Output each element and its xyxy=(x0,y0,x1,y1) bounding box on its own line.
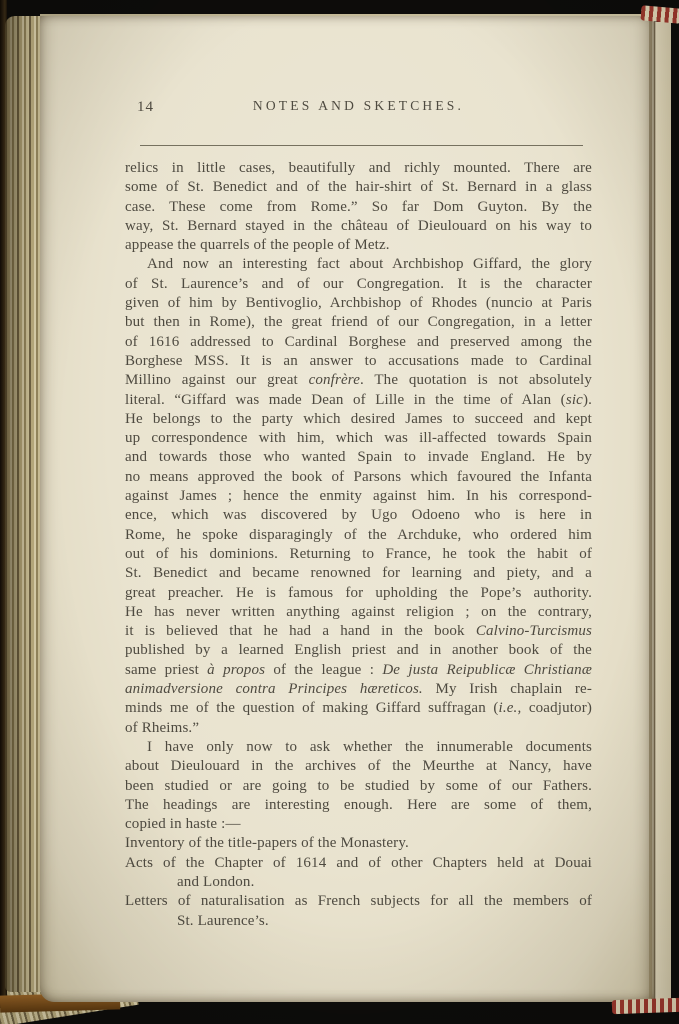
text-line: about Dieulouard in the archives of the … xyxy=(125,757,592,776)
text-line: it is believed that he had a hand in the… xyxy=(125,622,592,641)
page-number: 14 xyxy=(137,99,154,116)
text-line: Borghese MSS. It is an answer to accusat… xyxy=(125,352,592,371)
text-line: St. Benedict and became renowned for lea… xyxy=(125,564,592,583)
text-line: The headings are interesting enough. Her… xyxy=(125,796,592,815)
text-line: Inventory of the title-papers of the Mon… xyxy=(125,834,592,853)
text-line: He has never written anything against re… xyxy=(125,603,592,622)
text-line: Letters of naturalisation as French subj… xyxy=(125,892,592,911)
text-line: minds me of the question of making Giffa… xyxy=(125,699,592,718)
text-line: been studied or are going to be studied … xyxy=(125,777,592,796)
text-line: and towards those who wanted Spain to in… xyxy=(125,448,592,467)
text-line: great preacher. He is famous for upholdi… xyxy=(125,584,592,603)
text-line: way, St. Bernard stayed in the château o… xyxy=(125,217,592,236)
next-page-edge xyxy=(652,22,671,1002)
text-line: out of his dominions. Returning to Franc… xyxy=(125,545,592,564)
text-line: animadversione contra Principes hæretico… xyxy=(125,680,592,699)
page-content: 14 NOTES AND SKETCHES. relics in little … xyxy=(125,98,592,931)
running-head: NOTES AND SKETCHES. xyxy=(125,98,592,114)
text-line: St. Laurence’s. xyxy=(125,912,592,931)
text-line: I have only now to ask whether the innum… xyxy=(125,738,592,757)
text-line: of 1616 addressed to Cardinal Borghese a… xyxy=(125,333,592,352)
text-line: case. These come from Rome.” So far Dom … xyxy=(125,198,592,217)
text-line: against James ; hence the enmity against… xyxy=(125,487,592,506)
text-line: ence, which was discovered by Ugo Odoeno… xyxy=(125,506,592,525)
page-edge-stack-left xyxy=(5,16,43,992)
text-line: of Rheims.” xyxy=(125,719,592,738)
text-line: He belongs to the party which desired Ja… xyxy=(125,410,592,429)
text-line: same priest à propos of the league : De … xyxy=(125,661,592,680)
text-line: of St. Laurence’s and of our Congregatio… xyxy=(125,275,592,294)
text-line: published by a learned English priest an… xyxy=(125,641,592,660)
text-line: Acts of the Chapter of 1614 and of other… xyxy=(125,854,592,873)
text-line: some of St. Benedict and of the hair-shi… xyxy=(125,178,592,197)
header-rule xyxy=(140,145,583,146)
text-block: relics in little cases, beautifully and … xyxy=(125,159,592,931)
text-line: literal. “Giffard was made Dean of Lille… xyxy=(125,391,592,410)
text-line: Millino against our great confrère. The … xyxy=(125,371,592,390)
text-line: given of him by Bentivoglio, Archbishop … xyxy=(125,294,592,313)
text-line: but then in Rome), the great friend of o… xyxy=(125,313,592,332)
text-line: copied in haste :— xyxy=(125,815,592,834)
text-line: relics in little cases, beautifully and … xyxy=(125,159,592,178)
spine-gutter-line xyxy=(649,14,652,1002)
book-scan: 14 NOTES AND SKETCHES. relics in little … xyxy=(0,0,679,1024)
text-line: appease the quarrels of the people of Me… xyxy=(125,236,592,255)
page-header: 14 NOTES AND SKETCHES. xyxy=(125,98,592,116)
book-page: 14 NOTES AND SKETCHES. relics in little … xyxy=(40,14,654,1002)
text-line: and London. xyxy=(125,873,592,892)
headband-bottom xyxy=(612,998,679,1014)
text-line: Rome, he spoke disparagingly of the Arch… xyxy=(125,526,592,545)
text-line: up correspondence with him, which was il… xyxy=(125,429,592,448)
text-line: no means approved the book of Parsons wh… xyxy=(125,468,592,487)
text-line: And now an interesting fact about Archbi… xyxy=(125,255,592,274)
